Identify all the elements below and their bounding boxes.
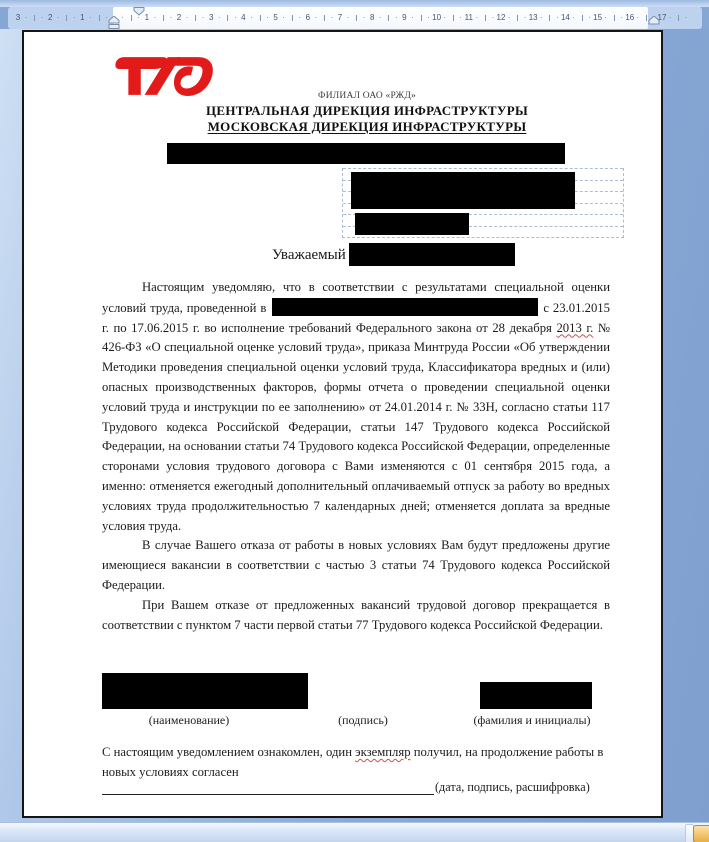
ruler-tick: · [508, 7, 511, 29]
ruler-number: 7 [338, 7, 342, 29]
ruler-number: 16 [625, 7, 634, 29]
redaction-inline [272, 298, 538, 316]
ruler-number: 8 [370, 7, 374, 29]
ruler-tick [66, 15, 67, 21]
ruler-tick: · [298, 7, 301, 29]
ruler-tick: · [25, 7, 28, 29]
ruler-tick [227, 15, 228, 21]
ruler-tick: · [121, 7, 124, 29]
ruler-tick: · [250, 7, 253, 29]
ack-text: С настоящим уведомлением ознакомлен, оди… [102, 745, 355, 759]
ruler-tick: · [41, 7, 44, 29]
ruler-tick [646, 15, 647, 21]
ruler-tick [324, 15, 325, 21]
ruler-number: 14 [561, 7, 570, 29]
signature-label-sign: (подпись) [338, 713, 388, 728]
ruler-tick: · [170, 7, 173, 29]
ruler-tick: · [331, 7, 334, 29]
date-signature-line[interactable]: (дата, подпись, расшифровка) [102, 778, 622, 795]
window-top-strip [0, 0, 709, 7]
redaction-block [349, 243, 515, 266]
ruler-tick [421, 15, 422, 21]
signature-label-name: (наименование) [149, 713, 230, 728]
horizontal-scrollbar[interactable] [0, 822, 709, 842]
ruler-tick [453, 15, 454, 21]
ruler-tick: · [202, 7, 205, 29]
ruler-tick [678, 15, 679, 21]
paragraph-2[interactable]: В случае Вашего отказа от работы в новых… [102, 536, 610, 595]
ruler-tick [163, 15, 164, 21]
ruler-tick: · [604, 7, 607, 29]
ruler-tick: · [363, 7, 366, 29]
ruler-tick: · [588, 7, 591, 29]
ruler-tick: · [57, 7, 60, 29]
ruler-tick [34, 15, 35, 21]
horizontal-ruler[interactable]: 3··2··1····1··2··3··4··5··6··7··8··9··10… [8, 7, 702, 29]
ruler-tick: · [234, 7, 237, 29]
ruler-tick: · [685, 7, 688, 29]
redaction-block [355, 213, 469, 235]
salutation[interactable]: Уважаемый [272, 243, 346, 267]
ruler-tick: · [282, 7, 285, 29]
ruler-number: 11 [465, 7, 473, 29]
ruler-number: 2 [48, 7, 52, 29]
spellcheck-word: 2013 г. [556, 321, 593, 335]
document-canvas[interactable]: ФИЛИАЛ ОАО «РЖД» ЦЕНТРАЛЬНАЯ ДИРЕКЦИЯ ИН… [0, 29, 709, 822]
ruler-tick: · [266, 7, 269, 29]
ruler-number: 9 [402, 7, 406, 29]
ruler-tick [356, 15, 357, 21]
ruler-tick: · [89, 7, 92, 29]
ruler-tick [195, 15, 196, 21]
left-indent-marker[interactable] [108, 16, 120, 29]
ruler-tick: · [459, 7, 462, 29]
redaction-block [102, 673, 308, 709]
ruler-number: 6 [306, 7, 310, 29]
ruler-tick: · [395, 7, 398, 29]
ruler-number: 12 [497, 7, 506, 29]
ruler-number: 5 [273, 7, 277, 29]
ruler-tick [388, 15, 389, 21]
ruler-tick: · [73, 7, 76, 29]
ruler-tick: · [443, 7, 446, 29]
ruler-tick: · [347, 7, 350, 29]
paragraph-1[interactable]: Настоящим уведомляю, что в соответствии … [102, 278, 610, 536]
paragraph-1-text: № 426-ФЗ «О специальной оценке условий т… [102, 321, 610, 533]
ruler-tick: · [524, 7, 527, 29]
ruler-tick [582, 15, 583, 21]
ruler-tick [99, 15, 100, 21]
ruler-tick: · [379, 7, 382, 29]
document-page[interactable]: ФИЛИАЛ ОАО «РЖД» ЦЕНТРАЛЬНАЯ ДИРЕКЦИЯ ИН… [22, 30, 663, 818]
ruler-number: 15 [593, 7, 602, 29]
ruler-tick: · [637, 7, 640, 29]
ruler-tick: · [572, 7, 575, 29]
ruler-tick: · [476, 7, 479, 29]
date-line-label: (дата, подпись, расшифровка) [434, 780, 590, 795]
redaction-block [480, 682, 592, 709]
ruler-tick: · [154, 7, 157, 29]
ruler-number: 3 [16, 7, 20, 29]
letterhead-line3: МОСКОВСКАЯ ДИРЕКЦИЯ ИНФРАСТРУКТУРЫ [117, 119, 617, 135]
ruler-tick [614, 15, 615, 21]
signature-rule [102, 778, 434, 795]
ruler-tick: · [411, 7, 414, 29]
ruler-number: 4 [241, 7, 245, 29]
letterhead-line1: ФИЛИАЛ ОАО «РЖД» [117, 90, 617, 103]
ruler-number: 2 [177, 7, 181, 29]
ruler-tick: · [492, 7, 495, 29]
ruler-tick: · [218, 7, 221, 29]
ruler-tick [549, 15, 550, 21]
acknowledgment-text[interactable]: С настоящим уведомлением ознакомлен, оди… [102, 742, 616, 782]
first-line-indent-marker[interactable] [133, 7, 145, 16]
paragraph-3[interactable]: При Вашем отказе от предложенных ваканси… [102, 596, 610, 636]
ruler-tick [131, 15, 132, 21]
scroll-button[interactable] [693, 825, 709, 842]
ruler-tick: · [620, 7, 623, 29]
ruler-number: 1 [80, 7, 84, 29]
ruler-tick [292, 15, 293, 21]
ruler-number: 1 [145, 7, 149, 29]
ruler-tick: · [315, 7, 318, 29]
redaction-block [167, 143, 565, 164]
ruler-tick [485, 15, 486, 21]
ruler-tick: · [556, 7, 559, 29]
signature-label-fio: (фамилия и инициалы) [473, 713, 590, 728]
ruler-number: 3 [209, 7, 213, 29]
salutation-label: Уважаемый [272, 247, 346, 263]
redaction-block [351, 172, 575, 209]
ruler-tick: · [669, 7, 672, 29]
ruler-tick: · [186, 7, 189, 29]
ruler-tick [517, 15, 518, 21]
ruler-number: 13 [529, 7, 538, 29]
ruler-number: 10 [432, 7, 441, 29]
right-indent-marker[interactable] [648, 16, 660, 25]
ruler-tick: · [540, 7, 543, 29]
letterhead-line2: ЦЕНТРАЛЬНАЯ ДИРЕКЦИЯ ИНФРАСТРУКТУРЫ [117, 103, 617, 119]
ruler-tick: · [427, 7, 430, 29]
ruler-tick [260, 15, 261, 21]
letterhead[interactable]: ФИЛИАЛ ОАО «РЖД» ЦЕНТРАЛЬНАЯ ДИРЕКЦИЯ ИН… [117, 90, 617, 135]
letter-body[interactable]: Настоящим уведомляю, что в соответствии … [102, 278, 610, 635]
spellcheck-word: экземпляр [355, 745, 410, 759]
